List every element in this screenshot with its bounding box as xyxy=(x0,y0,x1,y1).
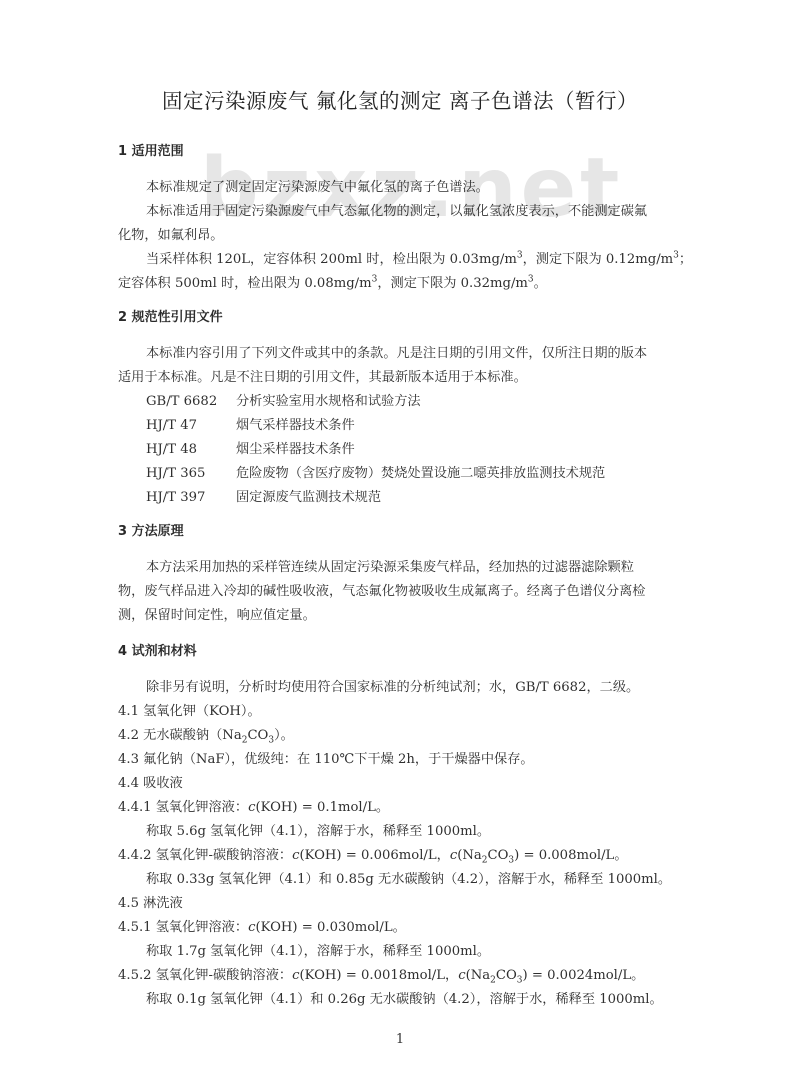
item-4-5-2: 4.5.2 氢氧化钾-碳酸钠溶液：c(KOH) = 0.0018mol/L，c(… xyxy=(118,964,644,983)
text: (Na xyxy=(466,968,491,983)
section-1-paragraph-3-line-2: 定容体积 500ml 时，检出限为 0.08mg/m3，测定下限为 0.32mg… xyxy=(118,272,547,291)
section-1-paragraph-3-line-1: 当采样体积 120L，定容体积 200ml 时，检出限为 0.03mg/m3，测… xyxy=(146,248,692,267)
text: ) = 0.008mol/L。 xyxy=(514,848,627,863)
text: ）。 xyxy=(274,728,294,743)
text: (KOH) = 0.1mol/L。 xyxy=(255,800,389,815)
section-2-heading: 2 规范性引用文件 xyxy=(118,306,223,325)
reference-item: GB/T 6682分析实验室用水规格和试验方法 xyxy=(146,390,421,409)
text: ) = 0.0024mol/L。 xyxy=(523,968,645,983)
section-1-paragraph-2-line-1: 本标准适用于固定污染源废气中气态氟化物的测定，以氟化氢浓度表示，不能测定碳氟 xyxy=(146,200,647,219)
reference-code: HJ/T 47 xyxy=(146,418,236,433)
item-4-3: 4.3 氟化钠（NaF），优级纯：在 110℃下干燥 2h，于干燥器中保存。 xyxy=(118,748,534,767)
reference-item: HJ/T 365危险废物（含医疗废物）焚烧处置设施二噁英排放监测技术规范 xyxy=(146,462,605,481)
section-1-paragraph-2-line-2: 化物，如氟利昂。 xyxy=(118,224,224,243)
text: (KOH) = 0.030mol/L。 xyxy=(255,920,405,935)
item-4-5-1: 4.5.1 氢氧化钾溶液：c(KOH) = 0.030mol/L。 xyxy=(118,916,406,935)
document-title: 固定污染源废气 氟化氢的测定 离子色谱法（暂行） xyxy=(0,84,800,114)
document-page: 固定污染源废气 氟化氢的测定 离子色谱法（暂行） 1 适用范围 本标准规定了测定… xyxy=(0,0,800,1090)
text: CO xyxy=(487,848,508,863)
reference-item: HJ/T 397固定源废气监测技术规范 xyxy=(146,486,381,505)
text: 当采样体积 120L，定容体积 200ml 时，检出限为 0.03mg/m xyxy=(146,252,517,267)
text: 4.4.1 氢氧化钾溶液： xyxy=(118,800,248,815)
section-1-paragraph-1: 本标准规定了测定固定污染源废气中氟化氢的离子色谱法。 xyxy=(146,176,489,195)
section-2-paragraph-line-2: 适用于本标准。凡是不注日期的引用文件，其最新版本适用于本标准。 xyxy=(118,366,527,385)
reference-item: HJ/T 47烟气采样器技术条件 xyxy=(146,414,355,433)
section-3-paragraph-line-2: 物，废气样品进入冷却的碱性吸收液，气态氟化物被吸收生成氟离子。经离子色谱仪分离检 xyxy=(118,580,646,599)
reference-code: GB/T 6682 xyxy=(146,394,236,409)
reference-title: 烟尘采样器技术条件 xyxy=(236,442,355,457)
text: 4.4.2 氢氧化钾-碳酸钠溶液： xyxy=(118,848,292,863)
item-4-4-2-preparation: 称取 0.33g 氢氧化钾（4.1）和 0.85g 无水碳酸钠（4.2），溶解于… xyxy=(146,868,671,887)
reference-title: 固定源废气监测技术规范 xyxy=(236,490,381,505)
text: ，测定下限为 0.32mg/m xyxy=(377,276,528,291)
concentration-symbol: c xyxy=(458,968,465,983)
item-4-5: 4.5 淋洗液 xyxy=(118,892,183,911)
text: 4.5.1 氢氧化钾溶液： xyxy=(118,920,248,935)
text: 4.5.2 氢氧化钾-碳酸钠溶液： xyxy=(118,968,292,983)
item-4-5-2-preparation: 称取 0.1g 氢氧化钾（4.1）和 0.26g 无水碳酸钠（4.2），溶解于水… xyxy=(146,988,663,1007)
text: ，测定下限为 0.12mg/m xyxy=(523,252,674,267)
item-4-4-1: 4.4.1 氢氧化钾溶液：c(KOH) = 0.1mol/L。 xyxy=(118,796,389,815)
item-4-1: 4.1 氢氧化钾（KOH）。 xyxy=(118,700,261,719)
section-2-paragraph-line-1: 本标准内容引用了下列文件或其中的条款。凡是注日期的引用文件，仅所注日期的版本 xyxy=(146,342,647,361)
text: (KOH) = 0.006mol/L， xyxy=(299,848,449,863)
text: (KOH) = 0.0018mol/L， xyxy=(299,968,458,983)
item-4-4-1-preparation: 称取 5.6g 氢氧化钾（4.1），溶解于水，稀释至 1000ml。 xyxy=(146,820,490,839)
text: 4.2 无水碳酸钠（Na xyxy=(118,728,242,743)
reference-title: 烟气采样器技术条件 xyxy=(236,418,355,433)
reference-item: HJ/T 48烟尘采样器技术条件 xyxy=(146,438,355,457)
section-3-paragraph-line-3: 测，保留时间定性，响应值定量。 xyxy=(118,604,316,623)
section-1-heading: 1 适用范围 xyxy=(118,140,184,159)
item-4-4: 4.4 吸收液 xyxy=(118,772,183,791)
section-3-paragraph-line-1: 本方法采用加热的采样管连续从固定污染源采集废气样品，经加热的过滤器滤除颗粒 xyxy=(146,556,634,575)
text: CO xyxy=(496,968,517,983)
reference-title: 分析实验室用水规格和试验方法 xyxy=(236,394,421,409)
text: ； xyxy=(679,252,692,267)
text: 。 xyxy=(534,276,547,291)
section-4-intro: 除非另有说明，分析时均使用符合国家标准的分析纯试剂；水，GB/T 6682，二级… xyxy=(146,676,639,695)
reference-code: HJ/T 365 xyxy=(146,466,236,481)
text: CO xyxy=(247,728,268,743)
reference-code: HJ/T 397 xyxy=(146,490,236,505)
text: 定容体积 500ml 时，检出限为 0.08mg/m xyxy=(118,276,372,291)
page-number: 1 xyxy=(0,1032,800,1047)
section-4-heading: 4 试剂和材料 xyxy=(118,640,197,659)
item-4-2: 4.2 无水碳酸钠（Na2CO3）。 xyxy=(118,724,294,743)
reference-title: 危险废物（含医疗废物）焚烧处置设施二噁英排放监测技术规范 xyxy=(236,466,605,481)
reference-code: HJ/T 48 xyxy=(146,442,236,457)
item-4-4-2: 4.4.2 氢氧化钾-碳酸钠溶液：c(KOH) = 0.006mol/L，c(N… xyxy=(118,844,628,863)
text: (Na xyxy=(457,848,482,863)
section-3-heading: 3 方法原理 xyxy=(118,520,184,539)
item-4-5-1-preparation: 称取 1.7g 氢氧化钾（4.1），溶解于水，稀释至 1000ml。 xyxy=(146,940,490,959)
